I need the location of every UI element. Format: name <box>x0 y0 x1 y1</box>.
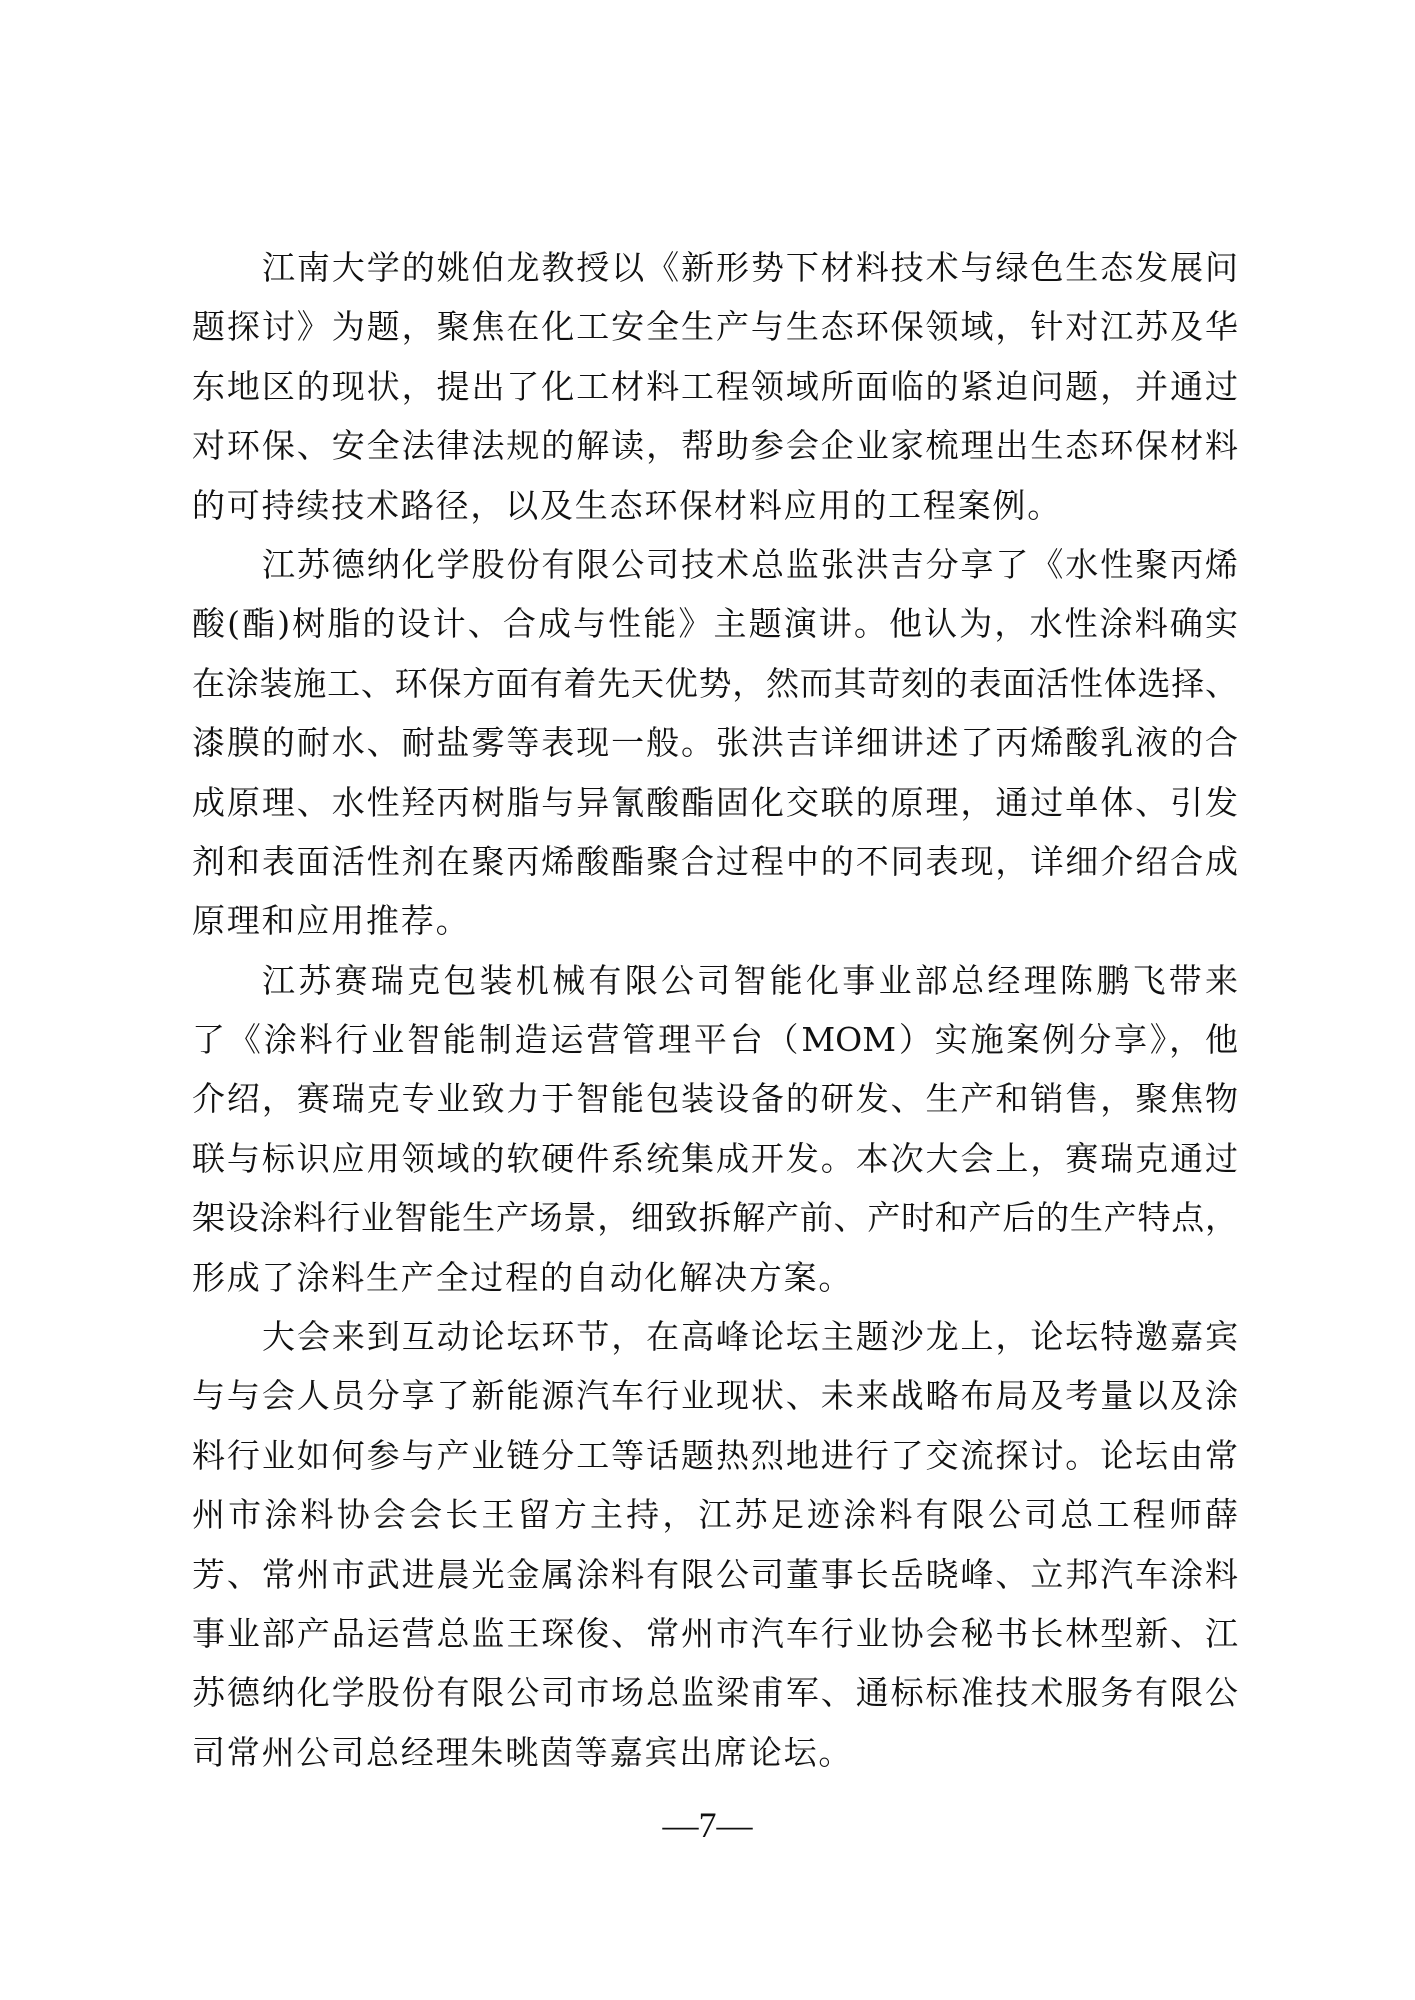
text-line: 司常州公司总经理朱晀茵等嘉宾出席论坛。 <box>192 1723 1238 1782</box>
text-line: 原理和应用推荐。 <box>192 891 1238 950</box>
paragraph-zhang-hongji: 江苏德纳化学股份有限公司技术总监张洪吉分享了《水性聚丙烯 酸(酯)树脂的设计、合… <box>192 535 1238 951</box>
text-line: 题探讨》为题，聚焦在化工安全生产与生态环保领域，针对江苏及华 <box>192 297 1238 356</box>
document-page: 江南大学的姚伯龙教授以《新形势下材料技术与绿色生态发展问 题探讨》为题，聚焦在化… <box>0 0 1415 2000</box>
body-text: 江南大学的姚伯龙教授以《新形势下材料技术与绿色生态发展问 题探讨》为题，聚焦在化… <box>192 238 1238 1782</box>
text-line: 江苏德纳化学股份有限公司技术总监张洪吉分享了《水性聚丙烯 <box>192 535 1238 594</box>
text-line: 架设涂料行业智能生产场景，细致拆解产前、产时和产后的生产特点， <box>192 1188 1238 1247</box>
text-line: 与与会人员分享了新能源汽车行业现状、未来战略布局及考量以及涂 <box>192 1366 1238 1425</box>
text-line: 东地区的现状，提出了化工材料工程领域所面临的紧迫问题，并通过 <box>192 357 1238 416</box>
text-line: 成原理、水性羟丙树脂与异氰酸酯固化交联的原理，通过单体、引发 <box>192 773 1238 832</box>
paragraph-chen-pengfei: 江苏赛瑞克包装机械有限公司智能化事业部总经理陈鹏飞带来 了《涂料行业智能制造运营… <box>192 951 1238 1307</box>
text-line: 江南大学的姚伯龙教授以《新形势下材料技术与绿色生态发展问 <box>192 238 1238 297</box>
text-line: 苏德纳化学股份有限公司市场总监梁甫军、通标标准技术服务有限公 <box>192 1663 1238 1722</box>
paragraph-forum: 大会来到互动论坛环节，在高峰论坛主题沙龙上，论坛特邀嘉宾 与与会人员分享了新能源… <box>192 1307 1238 1782</box>
text-line: 州市涂料协会会长王留方主持，江苏足迹涂料有限公司总工程师薛 <box>192 1485 1238 1544</box>
text-line: 事业部产品运营总监王琛俊、常州市汽车行业协会秘书长林型新、江 <box>192 1604 1238 1663</box>
text-line: 酸(酯)树脂的设计、合成与性能》主题演讲。他认为，水性涂料确实 <box>192 594 1238 653</box>
text-line: 漆膜的耐水、耐盐雾等表现一般。张洪吉详细讲述了丙烯酸乳液的合 <box>192 713 1238 772</box>
paragraph-yao-bolong: 江南大学的姚伯龙教授以《新形势下材料技术与绿色生态发展问 题探讨》为题，聚焦在化… <box>192 238 1238 535</box>
text-line: 联与标识应用领域的软硬件系统集成开发。本次大会上，赛瑞克通过 <box>192 1129 1238 1188</box>
text-line: 了《涂料行业智能制造运营管理平台（MOM）实施案例分享》，他 <box>192 1010 1238 1069</box>
text-line: 对环保、安全法律法规的解读，帮助参会企业家梳理出生态环保材料 <box>192 416 1238 475</box>
text-line: 料行业如何参与产业链分工等话题热烈地进行了交流探讨。论坛由常 <box>192 1426 1238 1485</box>
text-line: 在涂装施工、环保方面有着先天优势，然而其苛刻的表面活性体选择、 <box>192 654 1238 713</box>
page-number: —7— <box>0 1804 1415 1846</box>
text-line: 大会来到互动论坛环节，在高峰论坛主题沙龙上，论坛特邀嘉宾 <box>192 1307 1238 1366</box>
text-line: 形成了涂料生产全过程的自动化解决方案。 <box>192 1248 1238 1307</box>
text-line: 芳、常州市武进晨光金属涂料有限公司董事长岳晓峰、立邦汽车涂料 <box>192 1545 1238 1604</box>
text-line: 江苏赛瑞克包装机械有限公司智能化事业部总经理陈鹏飞带来 <box>192 951 1238 1010</box>
text-line: 剂和表面活性剂在聚丙烯酸酯聚合过程中的不同表现，详细介绍合成 <box>192 832 1238 891</box>
text-line: 介绍，赛瑞克专业致力于智能包装设备的研发、生产和销售，聚焦物 <box>192 1069 1238 1128</box>
text-line: 的可持续技术路径，以及生态环保材料应用的工程案例。 <box>192 476 1238 535</box>
